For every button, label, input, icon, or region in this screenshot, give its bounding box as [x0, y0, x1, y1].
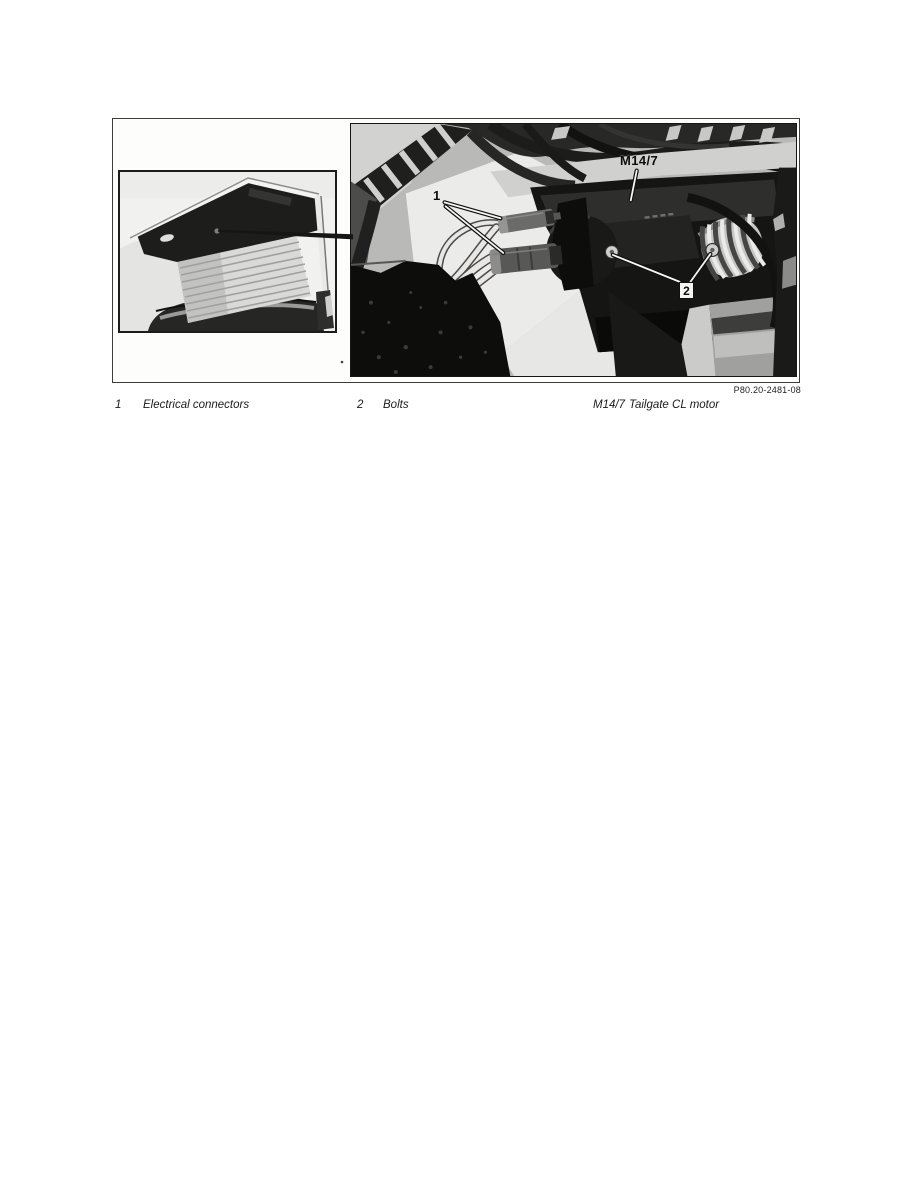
caption-1-text: Electrical connectors [143, 399, 249, 411]
caption-m147-text: Tailgate CL motor [629, 399, 719, 411]
tailgate-inset-photo [118, 170, 337, 333]
caption-2-text: Bolts [383, 399, 409, 411]
manual-page: M14/7 1 2 P80.20-2481-08 1 Electrical co… [0, 0, 918, 1188]
scan-speck [341, 361, 344, 364]
caption-2-key: 2 [357, 399, 363, 411]
motor-designation-label: M14/7 [620, 153, 658, 168]
motor-photo: M14/7 1 2 [350, 123, 797, 377]
motor-photo-illustration [351, 124, 796, 376]
caption-m147: M14/7Tailgate CL motor [593, 399, 719, 411]
figure-code: P80.20-2481-08 [112, 385, 801, 395]
callout-2-label: 2 [679, 282, 694, 299]
tailgate-inset-illustration [120, 172, 335, 331]
motor-location-dot [214, 228, 219, 233]
body-panel-right [709, 297, 779, 376]
caption-m147-key: M14/7 [593, 399, 625, 411]
figure-frame: M14/7 1 2 [112, 118, 800, 383]
caption-1-key: 1 [115, 399, 121, 411]
callout-1-label: 1 [433, 188, 440, 203]
